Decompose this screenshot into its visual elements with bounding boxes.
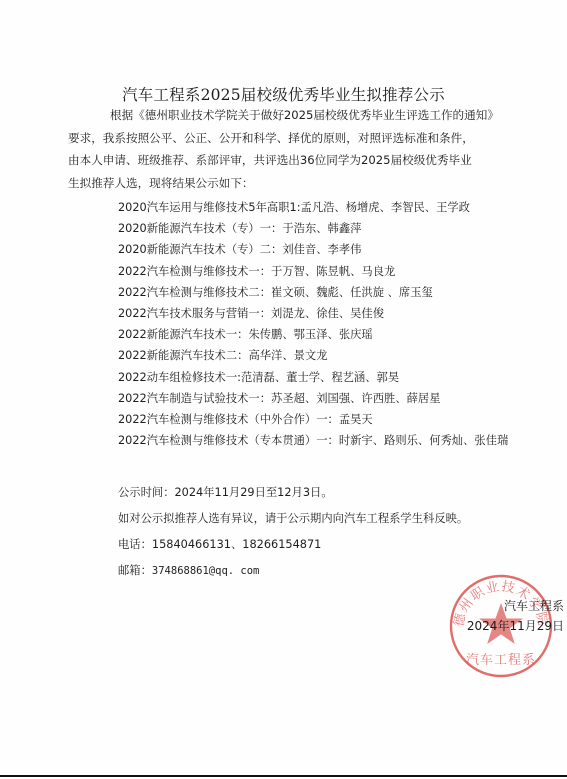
signature-block: 汽车工程系 2024年11月29日 bbox=[464, 596, 564, 636]
class-name: 2022汽车技术服务与营销一 bbox=[118, 307, 260, 320]
document-page: 汽车工程系2025届校级优秀毕业生拟推荐公示 根据《德州职业技术学院关于做好20… bbox=[0, 0, 567, 777]
period-label: 公示时间： bbox=[118, 486, 175, 499]
student-names: 孟凡浩、杨增虎、李智民、王学政 bbox=[301, 201, 470, 214]
signature-date: 2024年11月29日 bbox=[464, 616, 564, 636]
publicity-period: 公示时间：2024年11月29日至12月3日。 bbox=[118, 484, 468, 510]
class-name: 2020汽车运用与维修技术5年高职1 bbox=[118, 201, 297, 214]
student-names: 刘湜龙、徐佳、吴佳俊 bbox=[271, 307, 384, 320]
student-names: 苏圣超、刘国强、许西胜、薛居星 bbox=[271, 392, 440, 405]
class-name: 2022新能源汽车技术一 bbox=[118, 328, 237, 341]
list-item: 2022动车组检修技术一:范清磊、董士学、程艺涵、郭昊 bbox=[118, 367, 508, 388]
student-names: 时新宇、路则乐、何秀灿、张佳瑞 bbox=[339, 434, 508, 447]
period-value: 2024年11月29日至12月3日。 bbox=[175, 486, 333, 499]
student-names: 朱传鹏、鄂玉泽、张庆瑶 bbox=[248, 328, 372, 341]
student-names: 于万智、陈昱帆、马良龙 bbox=[271, 265, 395, 278]
notice-footer: 公示时间：2024年11月29日至12月3日。 如对公示拟推荐人选有异议，请于公… bbox=[118, 484, 468, 588]
email-value: 374868861@qq. com bbox=[152, 565, 259, 577]
separator: ： bbox=[260, 286, 271, 299]
list-item: 2022汽车技术服务与营销一：刘湜龙、徐佳、吴佳俊 bbox=[118, 303, 508, 324]
class-name: 2022动车组检修技术一 bbox=[118, 371, 237, 384]
list-item: 2022新能源汽车技术二：高华洋、景文龙 bbox=[118, 345, 508, 366]
phone-line: 电话：15840466131、18266154871 bbox=[118, 536, 468, 562]
document-title: 汽车工程系2025届校级优秀毕业生拟推荐公示 bbox=[0, 83, 567, 105]
student-names: 范清磊、董士学、程艺涵、郭昊 bbox=[241, 371, 399, 384]
intro-line: 生拟推荐人选，现将结果公示如下： bbox=[68, 172, 508, 195]
student-names: 高华洋、景文龙 bbox=[248, 349, 327, 362]
class-name: 2022汽车制造与试验技术一 bbox=[118, 392, 260, 405]
list-item: 2022汽车检测与维修技术（专本贯通）一：时新宇、路则乐、何秀灿、张佳瑞 bbox=[118, 430, 508, 451]
intro-paragraph: 根据《德州职业技术学院关于做好2025届校级优秀毕业生评选工作的通知》 要求，我… bbox=[68, 104, 508, 194]
intro-line: 由本人申请、班级推荐、系部评审，共评选出36位同学为2025届校级优秀毕业 bbox=[68, 149, 508, 172]
class-name: 2020新能源汽车技术（专）二 bbox=[118, 243, 271, 256]
separator: ： bbox=[237, 349, 248, 362]
list-item: 2022汽车检测与维修技术二：崔文硕、魏彪、任洪旋 、席玉玺 bbox=[118, 282, 508, 303]
separator: ： bbox=[328, 434, 339, 447]
separator: ： bbox=[260, 392, 271, 405]
separator: ： bbox=[271, 222, 282, 235]
class-name: 2022汽车检测与维修技术（专本贯通）一 bbox=[118, 434, 328, 447]
objection-note: 如对公示拟推荐人选有异议，请于公示期内向汽车工程系学生科反映。 bbox=[118, 510, 468, 536]
list-item: 2022汽车检测与维修技术一：于万智、陈昱帆、马良龙 bbox=[118, 261, 508, 282]
separator: ： bbox=[260, 307, 271, 320]
intro-line: 要求，我系按照公平、公正、公开和科学、择优的原则，对照评选标准和条件， bbox=[68, 127, 508, 150]
email-label: 邮箱： bbox=[118, 564, 152, 577]
separator: ： bbox=[271, 243, 282, 256]
phone-value: 15840466131、18266154871 bbox=[152, 538, 321, 551]
class-name: 2020新能源汽车技术（专）一 bbox=[118, 222, 271, 235]
separator: ： bbox=[260, 265, 271, 278]
student-names: 孟昊天 bbox=[339, 413, 373, 426]
list-item: 2022汽车检测与维修技术（中外合作）一：孟昊天 bbox=[118, 409, 508, 430]
separator: ： bbox=[328, 413, 339, 426]
list-item: 2020新能源汽车技术（专）二：刘佳音、李孝伟 bbox=[118, 239, 508, 260]
phone-label: 电话： bbox=[118, 538, 152, 551]
svg-text:汽车工程系: 汽车工程系 bbox=[466, 653, 536, 668]
intro-line: 根据《德州职业技术学院关于做好2025届校级优秀毕业生评选工作的通知》 bbox=[68, 104, 508, 127]
signature-department: 汽车工程系 bbox=[464, 596, 564, 616]
list-item: 2022新能源汽车技术一：朱传鹏、鄂玉泽、张庆瑶 bbox=[118, 324, 508, 345]
email-line: 邮箱：374868861@qq. com bbox=[118, 562, 468, 588]
class-name: 2022汽车检测与维修技术一 bbox=[118, 265, 260, 278]
class-name: 2022汽车检测与维修技术二 bbox=[118, 286, 260, 299]
student-names: 刘佳音、李孝伟 bbox=[282, 243, 361, 256]
page-bottom-border bbox=[0, 775, 567, 777]
student-names: 崔文硕、魏彪、任洪旋 、席玉玺 bbox=[271, 286, 433, 299]
list-item: 2020汽车运用与维修技术5年高职1:孟凡浩、杨增虎、李智民、王学政 bbox=[118, 197, 508, 218]
list-item: 2022汽车制造与试验技术一：苏圣超、刘国强、许西胜、薛居星 bbox=[118, 388, 508, 409]
student-names: 于浩东、韩鑫萍 bbox=[282, 222, 361, 235]
class-name: 2022汽车检测与维修技术（中外合作）一 bbox=[118, 413, 328, 426]
recommended-list: 2020汽车运用与维修技术5年高职1:孟凡浩、杨增虎、李智民、王学政 2020新… bbox=[118, 197, 508, 451]
separator: ： bbox=[237, 328, 248, 341]
list-item: 2020新能源汽车技术（专）一：于浩东、韩鑫萍 bbox=[118, 218, 508, 239]
class-name: 2022新能源汽车技术二 bbox=[118, 349, 237, 362]
